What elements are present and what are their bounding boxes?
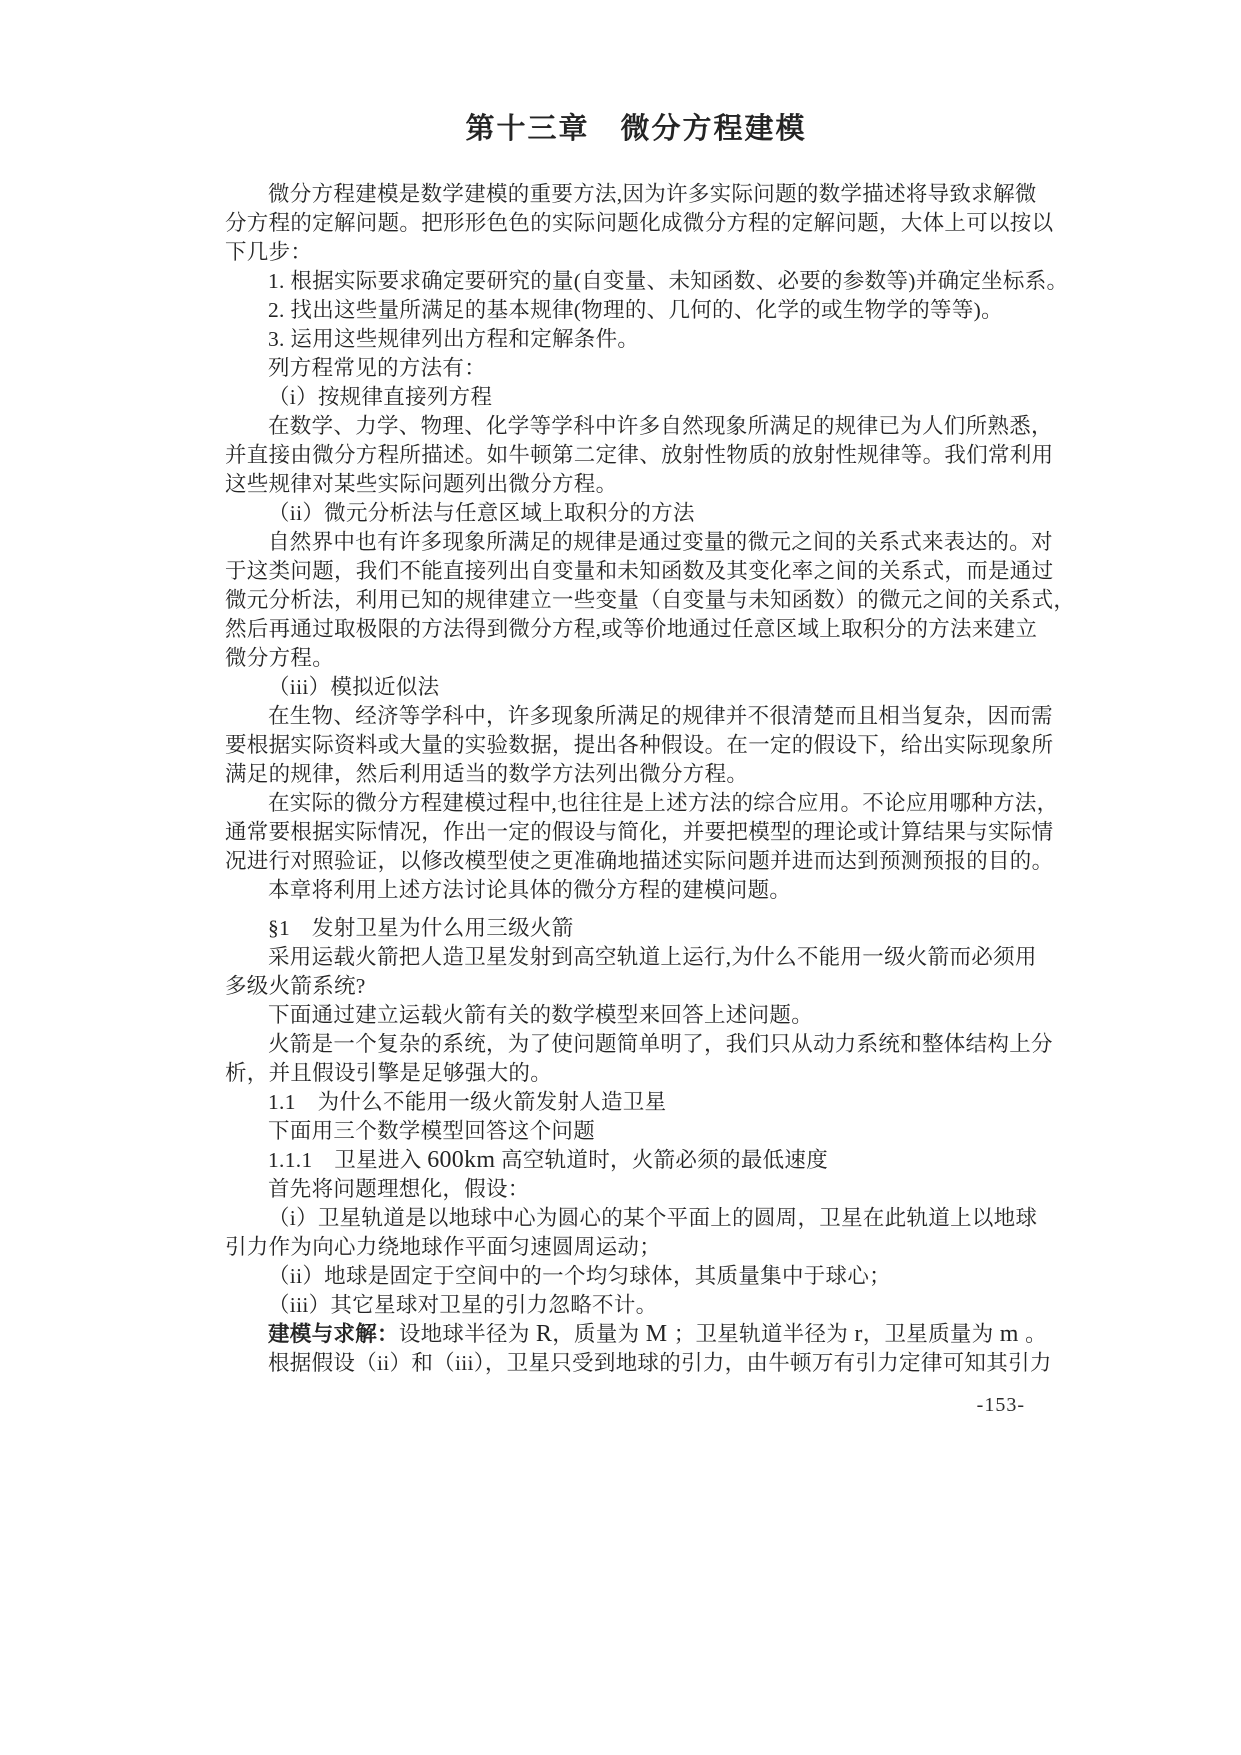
text-line: 下面通过建立运载火箭有关的数学模型来回答上述问题。	[225, 1001, 1047, 1030]
text-line: （i）卫星轨道是以地球中心为圆心的某个平面上的圆周，卫星在此轨道上以地球	[225, 1204, 1047, 1233]
text-segment: （iii）模拟近似法	[268, 675, 439, 699]
text-segment: 3. 运用这些规律列出方程和定解条件。	[268, 327, 639, 351]
math-variable: R	[530, 1321, 553, 1347]
text-line: 首先将问题理想化，假设：	[225, 1175, 1047, 1204]
text-line: 要根据实际资料或大量的实验数据，提出各种假设。在一定的假设下，给出实际现象所	[225, 731, 1047, 760]
text-segment: ，卫星质量为	[863, 1322, 994, 1346]
text-line: 本章将利用上述方法讨论具体的微分方程的建模问题。	[225, 876, 1047, 905]
math-variable: 600km	[427, 1147, 495, 1173]
text-line: 在数学、力学、物理、化学等学科中许多自然现象所满足的规律已为人们所熟悉，	[225, 412, 1047, 441]
text-line: 析，并且假设引擎是足够强大的。	[225, 1059, 1047, 1088]
math-variable: m	[994, 1321, 1026, 1347]
text-segment: 建模与求解：	[268, 1322, 399, 1346]
text-line: 满足的规律，然后利用适当的数学方法列出微分方程。	[225, 760, 1047, 789]
text-line: 于这类问题，我们不能直接列出自变量和未知函数及其变化率之间的关系式，而是通过	[225, 557, 1047, 586]
text-segment: 通常要根据实际情况，作出一定的假设与简化，并要把模型的理论或计算结果与实际情	[225, 820, 1053, 844]
text-line: 采用运载火箭把人造卫星发射到高空轨道上运行,为什么不能用一级火箭而必须用	[225, 943, 1047, 972]
text-line: 分方程的定解问题。把形形色色的实际问题化成微分方程的定解问题，大体上可以按以	[225, 209, 1047, 238]
text-line: （ii）地球是固定于空间中的一个均匀球体，其质量集中于球心；	[225, 1262, 1047, 1291]
text-segment: 火箭是一个复杂的系统，为了使问题简单明了，我们只从动力系统和整体结构上分	[268, 1032, 1053, 1056]
text-line: 火箭是一个复杂的系统，为了使问题简单明了，我们只从动力系统和整体结构上分	[225, 1030, 1047, 1059]
text-line: §1 发射卫星为什么用三级火箭	[225, 914, 1047, 943]
text-segment: ，质量为	[552, 1322, 639, 1346]
text-segment: 况进行对照验证，以修改模型使之更准确地描述实际问题并进而达到预测预报的目的。	[225, 849, 1053, 873]
text-line: 通常要根据实际情况，作出一定的假设与简化，并要把模型的理论或计算结果与实际情	[225, 818, 1047, 847]
text-segment: 根据假设（ii）和（iii），卫星只受到地球的引力，由牛顿万有引力定律可知其引力	[268, 1351, 1052, 1375]
text-segment: 微分方程建模是数学建模的重要方法,因为许多实际问题的数学描述将导致求解微	[268, 182, 1037, 206]
text-segment: 在实际的微分方程建模过程中,也往往是上述方法的综合应用。不论应用哪种方法，	[268, 791, 1058, 815]
text-segment: 析，并且假设引擎是足够强大的。	[225, 1061, 552, 1085]
text-line: 微分方程建模是数学建模的重要方法,因为许多实际问题的数学描述将导致求解微	[225, 180, 1047, 209]
text-line: （ii）微元分析法与任意区域上取积分的方法	[225, 499, 1047, 528]
text-segment: 微元分析法，利用已知的规律建立一些变量（自变量与未知函数）的微元之间的关系式，	[225, 588, 1075, 612]
text-line: 1.1.1 卫星进入 600km 高空轨道时，火箭必须的最低速度	[225, 1146, 1047, 1175]
text-line: 建模与求解：设地球半径为 R，质量为 M ；卫星轨道半径为 r，卫星质量为 m …	[225, 1320, 1047, 1349]
text-segment: （i）按规律直接列方程	[268, 385, 492, 409]
text-segment: 设地球半径为	[399, 1322, 530, 1346]
text-segment: （ii）地球是固定于空间中的一个均匀球体，其质量集中于球心；	[268, 1264, 891, 1288]
text-segment: （ii）微元分析法与任意区域上取积分的方法	[268, 501, 695, 525]
text-segment: 高空轨道时，火箭必须的最低速度	[495, 1148, 828, 1172]
text-segment: 下面用三个数学模型回答这个问题	[268, 1119, 595, 1143]
text-line: 这些规律对某些实际问题列出微分方程。	[225, 470, 1047, 499]
text-segment: 采用运载火箭把人造卫星发射到高空轨道上运行,为什么不能用一级火箭而必须用	[268, 945, 1037, 969]
text-line: 3. 运用这些规律列出方程和定解条件。	[225, 325, 1047, 354]
text-segment: 1.1 为什么不能用一级火箭发射人造卫星	[268, 1090, 666, 1114]
text-segment: 。	[1025, 1322, 1047, 1346]
text-line: 1. 根据实际要求确定要研究的量(自变量、未知函数、必要的参数等)并确定坐标系。	[225, 267, 1047, 296]
text-line: （i）按规律直接列方程	[225, 383, 1047, 412]
text-segment: 引力作为向心力绕地球作平面匀速圆周运动；	[225, 1235, 661, 1259]
text-line: 下几步：	[225, 238, 1047, 267]
page-number: -153-	[225, 1394, 1025, 1417]
text-segment: 2. 找出这些量所满足的基本规律(物理的、几何的、化学的或生物学的等等)。	[268, 298, 1003, 322]
text-segment: 要根据实际资料或大量的实验数据，提出各种假设。在一定的假设下，给出实际现象所	[225, 733, 1053, 757]
document-page: 第十三章 微分方程建模 微分方程建模是数学建模的重要方法,因为许多实际问题的数学…	[0, 0, 1241, 1755]
text-segment: 1.1.1 卫星进入	[268, 1148, 427, 1172]
text-line: 2. 找出这些量所满足的基本规律(物理的、几何的、化学的或生物学的等等)。	[225, 296, 1047, 325]
text-segment: 满足的规律，然后利用适当的数学方法列出微分方程。	[225, 762, 748, 786]
text-segment: 1. 根据实际要求确定要研究的量(自变量、未知函数、必要的参数等)并确定坐标系。	[268, 269, 1068, 293]
text-segment: 列方程常见的方法有：	[268, 356, 486, 380]
text-segment: 自然界中也有许多现象所满足的规律是通过变量的微元之间的关系式来表达的。对	[268, 530, 1053, 554]
math-variable: M	[639, 1321, 673, 1347]
text-segment: §1 发射卫星为什么用三级火箭	[268, 916, 574, 940]
text-line: 根据假设（ii）和（iii），卫星只受到地球的引力，由牛顿万有引力定律可知其引力	[225, 1349, 1047, 1378]
text-line: 并直接由微分方程所描述。如牛顿第二定律、放射性物质的放射性规律等。我们常利用	[225, 441, 1047, 470]
text-segment: ；卫星轨道半径为	[674, 1322, 848, 1346]
text-line: 1.1 为什么不能用一级火箭发射人造卫星	[225, 1088, 1047, 1117]
text-segment: 然后再通过取极限的方法得到微分方程,或等价地通过任意区域上取积分的方法来建立	[225, 617, 1037, 641]
text-segment: 并直接由微分方程所描述。如牛顿第二定律、放射性物质的放射性规律等。我们常利用	[225, 443, 1053, 467]
text-segment: 分方程的定解问题。把形形色色的实际问题化成微分方程的定解问题，大体上可以按以	[225, 211, 1053, 235]
text-line: 然后再通过取极限的方法得到微分方程,或等价地通过任意区域上取积分的方法来建立	[225, 615, 1047, 644]
text-segment: 微分方程。	[225, 646, 334, 670]
text-segment: 下几步：	[225, 240, 312, 264]
text-line: 在生物、经济等学科中，许多现象所满足的规律并不很清楚而且相当复杂，因而需	[225, 702, 1047, 731]
text-line: 微元分析法，利用已知的规律建立一些变量（自变量与未知函数）的微元之间的关系式，	[225, 586, 1047, 615]
chapter-title: 第十三章 微分方程建模	[225, 110, 1047, 148]
text-line: （iii）模拟近似法	[225, 673, 1047, 702]
text-segment: 下面通过建立运载火箭有关的数学模型来回答上述问题。	[268, 1003, 813, 1027]
text-segment: 本章将利用上述方法讨论具体的微分方程的建模问题。	[268, 878, 791, 902]
text-line: 引力作为向心力绕地球作平面匀速圆周运动；	[225, 1233, 1047, 1262]
text-segment: （iii）其它星球对卫星的引力忽略不计。	[268, 1293, 657, 1317]
text-segment: 于这类问题，我们不能直接列出自变量和未知函数及其变化率之间的关系式，而是通过	[225, 559, 1053, 583]
text-segment: 这些规律对某些实际问题列出微分方程。	[225, 472, 617, 496]
text-line: 况进行对照验证，以修改模型使之更准确地描述实际问题并进而达到预测预报的目的。	[225, 847, 1047, 876]
text-segment: 在生物、经济等学科中，许多现象所满足的规律并不很清楚而且相当复杂，因而需	[268, 704, 1053, 728]
text-line: 微分方程。	[225, 644, 1047, 673]
math-variable: r	[848, 1321, 863, 1347]
text-line: 自然界中也有许多现象所满足的规律是通过变量的微元之间的关系式来表达的。对	[225, 528, 1047, 557]
text-segment: （i）卫星轨道是以地球中心为圆心的某个平面上的圆周，卫星在此轨道上以地球	[268, 1206, 1037, 1230]
text-segment: 多级火箭系统?	[225, 974, 366, 998]
text-line: 列方程常见的方法有：	[225, 354, 1047, 383]
text-line: 在实际的微分方程建模过程中,也往往是上述方法的综合应用。不论应用哪种方法，	[225, 789, 1047, 818]
document-body: 微分方程建模是数学建模的重要方法,因为许多实际问题的数学描述将导致求解微分方程的…	[225, 180, 1047, 1378]
text-segment: 在数学、力学、物理、化学等学科中许多自然现象所满足的规律已为人们所熟悉，	[268, 414, 1053, 438]
text-line: （iii）其它星球对卫星的引力忽略不计。	[225, 1291, 1047, 1320]
text-line: 多级火箭系统?	[225, 972, 1047, 1001]
text-segment: 首先将问题理想化，假设：	[268, 1177, 530, 1201]
text-line: 下面用三个数学模型回答这个问题	[225, 1117, 1047, 1146]
